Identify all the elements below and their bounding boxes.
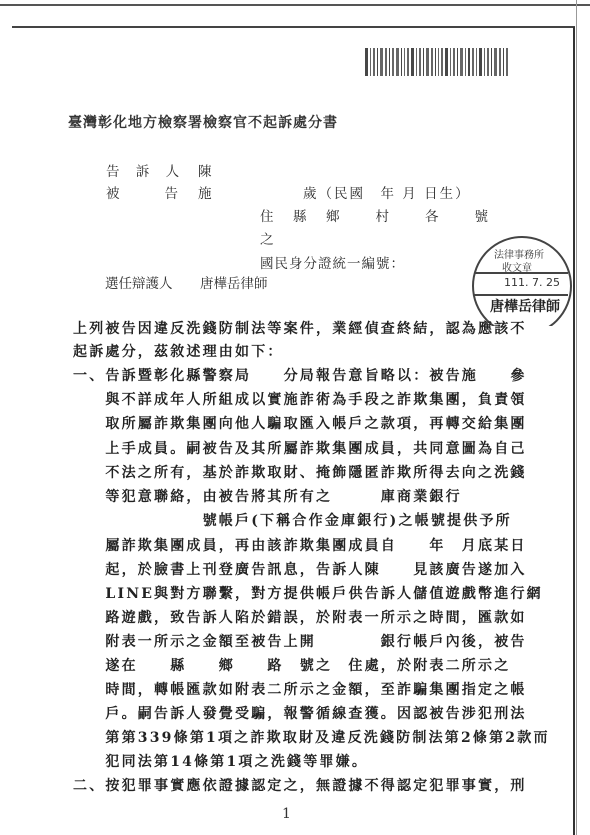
body-line: 起，於臉書上刊登廣告訊息，告訴人陳 見該廣告遂加入 bbox=[73, 559, 527, 579]
law-office-receipt-stamp: 法律事務所 收文章 111. 7. 25 唐樺岳律師 bbox=[472, 236, 572, 322]
body-line: 二、按犯罪事實應依證據認定之，無證據不得認定犯罪事實，刑 bbox=[73, 775, 527, 795]
body-line: 起訴處分，茲敘述理由如下： bbox=[73, 341, 284, 361]
body-line: 路遊戲，致告訴人陷於錯誤，於附表一所示之時間，匯款如 bbox=[73, 607, 527, 627]
body-line: 一、告訴暨彰化縣警察局 分局報告意旨略以：被告施 參 bbox=[73, 365, 527, 385]
page-number: 1 bbox=[282, 806, 291, 822]
page-frame-right bbox=[573, 27, 575, 835]
body-line: 上列被告因違反洗錢防制法等案件，業經偵查終結，認為應該不 bbox=[73, 318, 527, 338]
counsel-label: 選任辯護人 bbox=[105, 272, 173, 292]
complainant-label: 告 訴 人 bbox=[106, 160, 185, 180]
body-line: 等犯意聯絡，由被告將其所有之 庫商業銀行 bbox=[73, 486, 462, 506]
document-title: 臺灣彰化地方檢察署檢察官不起訴處分書 bbox=[68, 112, 338, 132]
complainant-name: 陳 bbox=[198, 160, 212, 180]
body-line: 第第339條第1項之詐欺取財及違反洗錢防制法第2條第2款而 bbox=[73, 727, 550, 747]
body-line: 不法之所有，基於詐欺取財、掩飾隱匿詐欺所得去向之洗錢 bbox=[73, 462, 527, 482]
page-frame-right-outer bbox=[576, 0, 577, 835]
body-line: 上手成員。嗣被告及其所屬詐欺集團成員，共同意圖為自己 bbox=[73, 438, 527, 458]
defendant-address: 住 縣 鄉 村 各 號 bbox=[260, 205, 491, 225]
body-line: 屬詐欺集團成員，再由該詐欺集團成員自 年 月底某日 bbox=[73, 535, 527, 555]
stamp-name: 唐樺岳律師 bbox=[490, 296, 560, 316]
counsel-name: 唐樺岳律師 bbox=[200, 272, 268, 292]
stamp-date: 111. 7. 25 bbox=[504, 276, 560, 289]
defendant-name: 施 bbox=[198, 182, 212, 202]
barcode bbox=[365, 48, 515, 76]
body-line: LINE與對方聯繫，對方提供帳戶供告訴人儲值遊戲幣進行網 bbox=[73, 583, 543, 603]
body-line: 戶。嗣告訴人發覺受騙，報警循線查獲。因認被告涉犯刑法 bbox=[73, 703, 527, 723]
defendant-address-cont: 之 bbox=[260, 228, 274, 248]
body-line: 遂在 縣 鄉 路 號之 住處，於附表二所示之 bbox=[73, 655, 510, 675]
scan-top-strip bbox=[0, 0, 590, 6]
page-frame-top bbox=[12, 26, 575, 28]
body-line: 號帳戶(下稱合作金庫銀行)之帳號提供予所 bbox=[73, 510, 512, 530]
body-line: 時間，轉帳匯款如附表二所示之金額，至詐騙集團指定之帳 bbox=[73, 679, 527, 699]
body-line: 取所屬詐欺集團向他人騙取匯入帳戶之款項，再轉交給集團 bbox=[73, 413, 527, 433]
body-line: 附表一所示之金額至被告上開 銀行帳戶內後，被告 bbox=[73, 631, 527, 651]
defendant-label: 被 告 bbox=[106, 182, 184, 202]
defendant-age-birth: 歲（民國 年 月 日生） bbox=[303, 182, 471, 202]
national-id-label: 國民身分證統一編號： bbox=[260, 252, 405, 272]
body-line: 犯同法第14條第1項之洗錢等罪嫌。 bbox=[73, 751, 368, 771]
body-line: 與不詳成年人所組成以實施詐術為手段之詐欺集團，負責領 bbox=[73, 389, 527, 409]
stamp-received-text: 收文章 bbox=[502, 259, 532, 274]
